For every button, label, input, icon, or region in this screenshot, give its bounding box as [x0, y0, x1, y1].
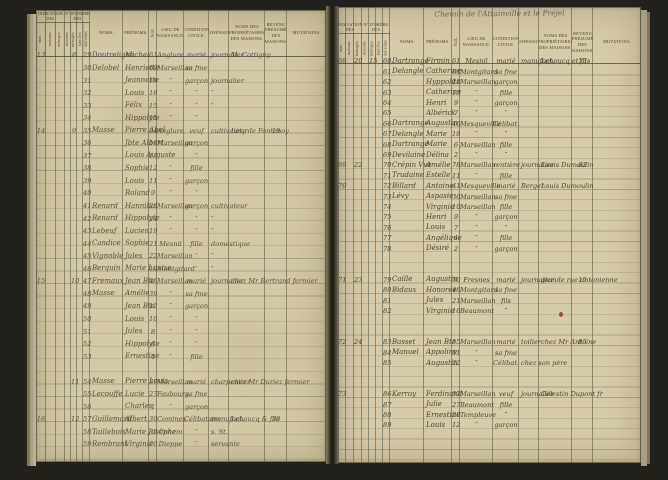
cell-pre: Lucien	[123, 228, 149, 236]
cell-prop	[229, 272, 265, 273]
header-ordre-group: N° D'ORDRE DES maisons ménages familles …	[362, 21, 390, 63]
table-row: 87Julie27Beaumontfille	[338, 397, 641, 409]
cell-blank	[46, 360, 56, 361]
cell-rev	[265, 310, 287, 311]
cell-o: 73	[383, 194, 390, 202]
cell-blank	[346, 107, 354, 108]
cell-pre: Augustin	[424, 276, 452, 284]
cell-nom	[90, 159, 123, 160]
cell-o: 47	[83, 278, 90, 286]
cell-i3	[369, 221, 376, 222]
cell-blank	[46, 436, 56, 437]
cell-i3	[71, 335, 77, 336]
cell-i3	[71, 297, 77, 298]
table-row: 51Jules8″″	[36, 324, 326, 336]
cell-i3	[369, 429, 376, 430]
cell-pre: Hippolyte	[123, 115, 149, 123]
cell-i2	[354, 398, 362, 399]
cell-pre: Amélie	[123, 290, 149, 298]
header-ordre-group: N° D'ORDRE DES maisons ménages familles …	[65, 10, 90, 56]
cell-o: 34	[83, 115, 90, 123]
cell-blank	[46, 285, 56, 286]
table-row: 69DevilaineDélina2″″	[338, 148, 641, 160]
cell-age: 57	[452, 391, 460, 399]
cell-rev	[265, 260, 287, 261]
cell-prof: s. St.	[209, 429, 229, 437]
cell-o: 85	[383, 360, 390, 368]
cell-blank	[65, 222, 71, 223]
cell-rev	[572, 242, 593, 243]
table-row: 7386KerroyFerdinand57Marseillanveufjourn…	[338, 387, 641, 399]
cell-o: 68	[383, 142, 390, 150]
cell-mut	[593, 283, 641, 284]
cell-i1	[338, 294, 346, 295]
cell-nom: Masse	[90, 127, 123, 135]
cell-age: 48	[452, 287, 460, 295]
cell-age: 46	[452, 121, 460, 129]
cell-pre: Jean Bte	[424, 339, 452, 347]
cell-mut	[287, 197, 326, 198]
cell-mut	[593, 169, 641, 170]
cell-mut	[287, 398, 326, 399]
cell-prop	[539, 294, 572, 295]
table-row: 712379CailleAugustin50Fresnesmariéjourna…	[338, 272, 641, 284]
cell-i1	[36, 448, 46, 449]
cell-lieu: Montgitard	[460, 287, 493, 295]
cell-prop	[229, 398, 265, 399]
cell-blank	[346, 200, 354, 201]
cell-o: 55	[83, 391, 90, 399]
cell-rev	[265, 109, 287, 110]
cell-o: 41	[83, 203, 90, 211]
cell-blank	[362, 356, 369, 357]
cell-i1	[338, 231, 346, 232]
cell-i3	[369, 179, 376, 180]
cell-mut	[593, 190, 641, 191]
cell-mut	[593, 367, 641, 368]
header-sub-menages: ménages	[354, 34, 362, 63]
cell-i1	[338, 419, 346, 420]
cell-blank	[77, 159, 83, 160]
cell-blank	[77, 285, 83, 286]
header-noms: NOMS.	[90, 10, 123, 56]
column-line	[65, 10, 71, 462]
cell-prop: Louis Dumoulin	[539, 183, 572, 191]
table-header: INDICATION DES rues maisons ménages N° D…	[36, 10, 326, 57]
cell-o: 81	[383, 298, 390, 306]
table-row: 77Angélique4″fille	[338, 231, 641, 243]
cell-prop	[229, 335, 265, 336]
cell-i1	[36, 109, 46, 110]
cell-prof	[209, 348, 229, 349]
cell-o: 77	[383, 235, 390, 243]
cell-prop	[539, 148, 572, 149]
table-row: 65Albérick7″″	[338, 106, 641, 118]
cell-age: 9	[149, 190, 157, 198]
cell-nom	[390, 117, 424, 118]
header-sub-individus: individus	[84, 23, 90, 56]
cell-i2	[354, 138, 362, 139]
cell-cond: fille	[184, 241, 209, 249]
cell-prop	[229, 172, 265, 173]
cell-nom: Manuel	[390, 349, 424, 357]
cell-blank	[362, 138, 369, 139]
cell-i2	[56, 159, 65, 160]
cell-i3	[71, 410, 77, 411]
cell-rev	[572, 231, 593, 232]
cell-i2	[56, 72, 65, 73]
header-prenoms: PRÉNOMS.	[424, 21, 452, 63]
column-line	[287, 10, 326, 462]
cell-cond: garçon	[493, 422, 519, 430]
cell-rev	[572, 408, 593, 409]
cell-i2	[56, 310, 65, 311]
column-line	[572, 7, 593, 463]
cell-lieu: ″	[460, 173, 493, 181]
table-header: INDICATION DES rues maisons ménages N° D…	[338, 21, 641, 64]
cell-mut	[287, 159, 326, 160]
cell-blank	[362, 252, 369, 253]
cell-rev	[572, 148, 593, 149]
cell-prof	[209, 310, 229, 311]
cell-lieu: Mesqueville	[460, 121, 493, 129]
cell-cond: veuf	[184, 128, 209, 136]
cell-age: 28	[149, 203, 157, 211]
header-sub-rues: rues	[338, 34, 346, 63]
cell-blank	[376, 242, 383, 243]
cell-cond: Célibat.	[493, 121, 519, 129]
cell-cond: marié	[493, 339, 519, 347]
cell-cond: ″	[184, 190, 209, 198]
column-line	[157, 10, 184, 462]
cell-nom	[90, 122, 123, 123]
cell-i3	[71, 172, 77, 173]
cell-i1: 14	[36, 128, 46, 136]
cell-o: 69	[383, 152, 390, 160]
cell-nom	[390, 231, 424, 232]
cell-blank	[362, 159, 369, 160]
cell-i2	[56, 222, 65, 223]
cell-blank	[376, 107, 383, 108]
cell-mut	[593, 304, 641, 305]
cell-cond: ″	[493, 308, 519, 316]
cell-i1	[338, 211, 346, 212]
cell-prop: Léty de Fontenoy	[229, 128, 265, 136]
cell-prof: journalier	[209, 78, 229, 86]
table-row: 64Henri9″garçon	[338, 96, 641, 108]
cell-mut	[287, 235, 326, 236]
cell-prop	[229, 159, 265, 160]
cell-blank	[346, 283, 354, 284]
cell-i3	[369, 190, 376, 191]
cell-blank	[65, 423, 71, 424]
cell-age: 11	[452, 173, 460, 181]
cell-prof	[519, 86, 539, 87]
cell-i3	[369, 252, 376, 253]
cell-age: 16	[149, 140, 157, 148]
cell-nom	[90, 410, 123, 411]
table-row: 49Jean Bte12″garçon	[36, 299, 326, 311]
cell-i2	[354, 304, 362, 305]
cell-nom	[390, 315, 424, 316]
cell-nom	[390, 252, 424, 253]
cell-blank	[362, 242, 369, 243]
cell-o: 40	[83, 190, 90, 198]
table-row: 43LebeufLucien19″″″	[36, 224, 326, 236]
cell-i1	[36, 159, 46, 160]
table-row: 58TailleboisMarie Josèphe35Cohem″s. St.	[36, 425, 326, 437]
cell-prof	[209, 72, 229, 73]
cell-blank	[346, 429, 354, 430]
cell-rev	[572, 107, 593, 108]
cell-blank	[346, 398, 354, 399]
cell-age: 37	[149, 379, 157, 387]
cell-prof	[519, 159, 539, 160]
cell-i2	[354, 242, 362, 243]
cell-mut	[593, 242, 641, 243]
cell-lieu: ″	[460, 152, 493, 160]
cell-mut	[287, 72, 326, 73]
cell-i1	[338, 408, 346, 409]
cell-cond: garçon	[184, 303, 209, 311]
cell-prop	[229, 72, 265, 73]
table-row: 38Sophie12″fille	[36, 161, 326, 173]
header-age: ÂGE.	[454, 37, 459, 47]
cell-rev	[265, 172, 287, 173]
cell-rev	[265, 410, 287, 411]
cell-pre: Louis	[424, 224, 452, 232]
cell-prof: chez son père	[519, 360, 539, 368]
cell-i3	[369, 356, 376, 357]
cell-pre: Estelle	[424, 172, 452, 180]
cell-blank	[77, 172, 83, 173]
cell-i2	[354, 315, 362, 316]
table-row: 39Louis11″garçon	[36, 174, 326, 186]
cell-i2	[354, 294, 362, 295]
cell-blank	[376, 211, 383, 212]
cell-age: 22	[149, 253, 157, 261]
cell-i2	[354, 86, 362, 87]
cell-blank	[65, 385, 71, 386]
cell-nom	[90, 147, 123, 148]
cell-age: 35	[149, 429, 157, 437]
cell-i1	[36, 197, 46, 198]
cell-age: 30	[149, 416, 157, 424]
cell-blank	[77, 84, 83, 85]
cell-age: 1	[149, 404, 157, 412]
cell-nom	[90, 197, 123, 198]
column-line	[149, 10, 157, 462]
cell-cond: fille	[493, 90, 519, 98]
table-row: 84ManuelAppoline51″sa fme	[338, 345, 641, 357]
cell-rev	[265, 84, 287, 85]
cell-age: 19	[149, 78, 157, 86]
cell-age: 19	[149, 228, 157, 236]
cell-o: 49	[83, 303, 90, 311]
cell-i3	[369, 211, 376, 212]
cell-nom: Delangle	[390, 131, 424, 139]
cell-age: 15	[149, 103, 157, 111]
cell-rev	[265, 398, 287, 399]
cell-i3	[369, 148, 376, 149]
register-page-left: INDICATION DES rues maisons ménages N° D…	[36, 10, 326, 462]
cell-lieu: ″	[157, 78, 184, 86]
table-row: 85Augustin22″Célibat.chez son père	[338, 356, 641, 368]
cell-o: 52	[83, 341, 90, 349]
header-proprietaires: NOMS DES PROPRIÉTAIRES DES MAISONS.	[539, 21, 572, 63]
cell-cond: marié	[493, 277, 519, 285]
cell-i3	[369, 315, 376, 316]
cell-blank	[362, 96, 369, 97]
cell-pre: Catherine	[424, 68, 452, 76]
cell-mut	[287, 448, 326, 449]
cell-cond: marié	[493, 183, 519, 191]
cell-prof	[519, 96, 539, 97]
cell-i3	[71, 197, 77, 198]
cell-blank	[376, 356, 383, 357]
cell-o: 66	[383, 121, 390, 129]
cell-o: 84	[383, 350, 390, 358]
cell-rev	[572, 190, 593, 191]
cell-i1	[36, 84, 46, 85]
cell-cond: fille	[493, 204, 519, 212]
cell-mut	[593, 75, 641, 76]
header-profession: PROFESSION.	[209, 10, 229, 56]
cell-cond: sa fme	[493, 69, 519, 77]
cell-prof: journalier	[519, 162, 539, 170]
cell-age: 24	[149, 216, 157, 224]
cell-prof: ″	[209, 253, 229, 261]
cell-rev	[572, 179, 593, 180]
cell-pre: Louis	[123, 316, 149, 324]
cell-o: 32	[83, 90, 90, 98]
cell-prop	[229, 97, 265, 98]
cell-blank	[362, 190, 369, 191]
cell-age: 12	[452, 422, 460, 430]
cell-blank	[46, 448, 56, 449]
cell-age: 60	[149, 65, 157, 73]
cell-i2	[354, 127, 362, 128]
cell-nom	[390, 86, 424, 87]
cell-mut	[287, 272, 326, 273]
cell-prop	[229, 360, 265, 361]
cell-blank	[77, 385, 83, 386]
cell-i1	[338, 315, 346, 316]
cell-i2	[56, 285, 65, 286]
cell-blank	[46, 423, 56, 424]
cell-prof	[209, 398, 229, 399]
cell-blank	[46, 323, 56, 324]
cell-rev: 19	[265, 128, 287, 136]
cell-blank	[376, 127, 383, 128]
cell-blank	[46, 97, 56, 98]
cell-i2	[56, 97, 65, 98]
cell-rev	[572, 211, 593, 212]
cell-mut	[287, 385, 326, 386]
cell-pre: Hippolyte	[123, 341, 149, 349]
cell-prof	[209, 323, 229, 324]
cell-o: 54	[83, 379, 90, 387]
header-sub-familles: familles	[376, 34, 383, 63]
cell-blank	[46, 185, 56, 186]
cell-i2	[56, 297, 65, 298]
paper-stain	[186, 310, 306, 400]
cell-blank	[65, 310, 71, 311]
cell-prop	[539, 315, 572, 316]
cell-nom: Trudaine	[390, 172, 424, 180]
header-condition: CONDITION CIVILE.	[493, 21, 519, 63]
cell-age: 10	[452, 204, 460, 212]
cell-blank	[346, 221, 354, 222]
cell-mut	[593, 86, 641, 87]
cell-nom	[390, 211, 424, 212]
cell-blank	[65, 147, 71, 148]
cell-pre: Henri	[424, 214, 452, 222]
cell-blank	[376, 231, 383, 232]
cell-blank	[346, 148, 354, 149]
cell-rev	[265, 272, 287, 273]
cell-age: 9	[452, 100, 460, 108]
cell-prop	[539, 252, 572, 253]
cell-cond: sa fme	[493, 287, 519, 295]
cell-blank	[376, 200, 383, 201]
cell-prop	[539, 211, 572, 212]
cell-i2	[56, 410, 65, 411]
cell-nom: Basset	[390, 339, 424, 347]
cell-prop	[539, 86, 572, 87]
cell-lieu: ″	[460, 100, 493, 108]
column-line	[184, 10, 209, 462]
cell-i2	[354, 179, 362, 180]
cell-nom	[90, 172, 123, 173]
cell-i2	[354, 367, 362, 368]
cell-i2	[354, 117, 362, 118]
cell-i1	[36, 310, 46, 311]
cell-blank	[46, 297, 56, 298]
cell-cond: ″	[184, 216, 209, 224]
cell-blank	[362, 127, 369, 128]
cell-o: 42	[83, 216, 90, 224]
header-indication-group: INDICATION DES rues maisons ménages	[338, 21, 362, 63]
cell-blank	[77, 97, 83, 98]
cell-i2	[354, 429, 362, 430]
cell-lieu: ″	[157, 404, 184, 412]
table-row: 66DartrangeAugustin46MesquevilleCélibat.	[338, 116, 641, 128]
cell-i1	[36, 122, 46, 123]
cell-nom	[390, 419, 424, 420]
cell-age: 2	[452, 246, 460, 254]
cell-blank	[77, 436, 83, 437]
table-row: 44CandiceSophie21Mesnilfilledomestique	[36, 236, 326, 248]
cell-blank	[376, 148, 383, 149]
cell-blank	[346, 346, 354, 347]
cell-prop	[539, 231, 572, 232]
cell-i2	[354, 190, 362, 191]
cell-i2	[354, 148, 362, 149]
cell-age: 19	[149, 266, 157, 274]
cell-i2	[56, 147, 65, 148]
table-row: 59RembrantVirginie20Dieppe″servante	[36, 437, 326, 449]
header-noms: NOMS.	[390, 21, 424, 63]
cell-lieu: Marseillan	[460, 298, 493, 306]
cell-lieu: ″	[460, 235, 493, 243]
table-row: 52Hippolyte6″″	[36, 337, 326, 349]
cell-age: 18	[452, 131, 460, 139]
cell-blank	[77, 147, 83, 148]
cell-o: 39	[83, 178, 90, 186]
cell-prof: toilier	[519, 339, 539, 347]
cell-pre: Hippolyte	[123, 215, 149, 223]
